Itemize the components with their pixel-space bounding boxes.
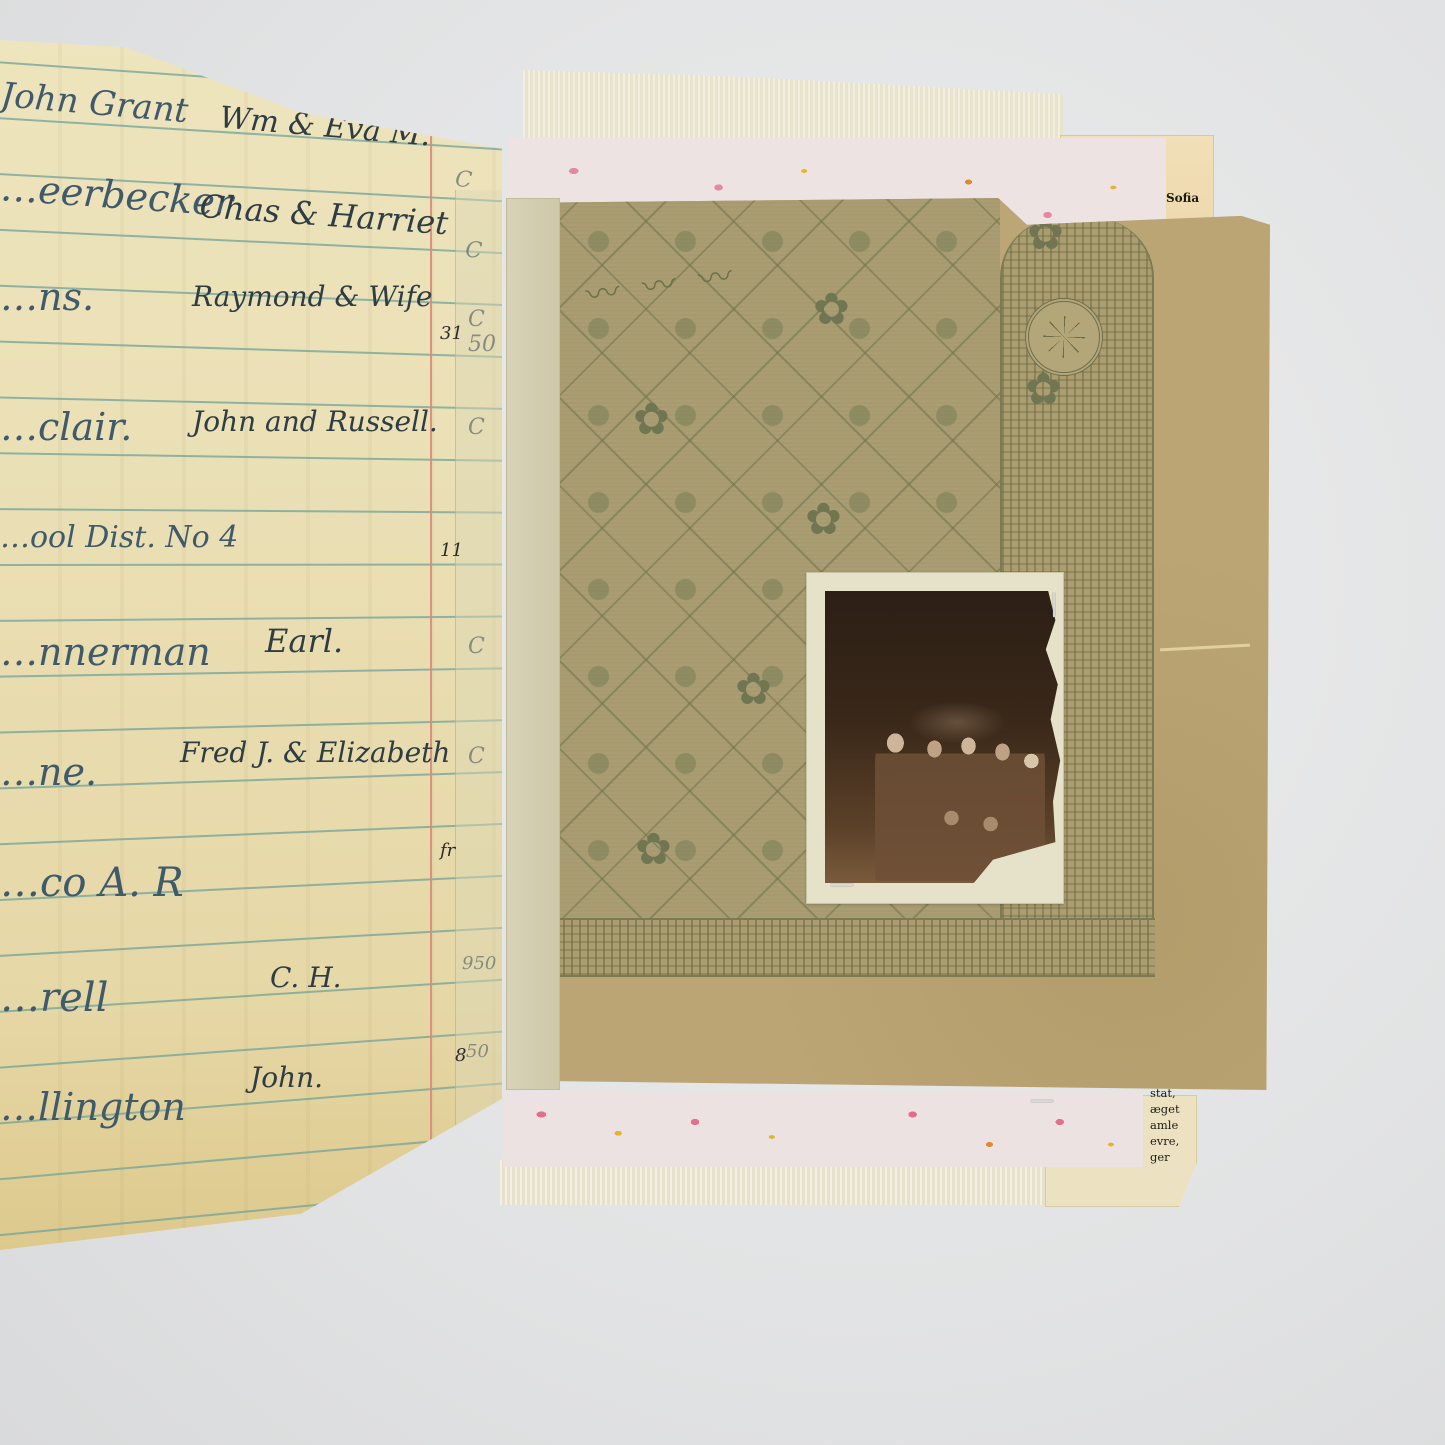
petal-paper-bottom xyxy=(503,1092,1143,1167)
ledger-row: …llington John. 8 50 xyxy=(0,1085,470,1145)
masking-tape-strip xyxy=(506,198,560,1090)
flower-icon: ✿ xyxy=(805,498,842,542)
flower-icon: ✿ xyxy=(735,668,772,712)
ledger-given-name: Earl. xyxy=(265,622,343,660)
ledger-tick: C 50 xyxy=(468,307,496,357)
ledger-tick: C xyxy=(464,238,483,264)
book-text-line: æget xyxy=(1150,1101,1200,1117)
ledger-amount: 11 xyxy=(440,540,463,561)
card-tear xyxy=(1160,644,1250,652)
ledger-given-name: C. H. xyxy=(270,961,342,994)
ledger-surname: …rell xyxy=(0,975,108,1021)
ledger-surname: …co A. R xyxy=(0,860,184,906)
flower-icon: ✿ xyxy=(633,398,670,442)
ledger-surname: …llington xyxy=(0,1085,186,1129)
staple xyxy=(1031,1100,1053,1102)
sofia-label: Sofia xyxy=(1166,191,1199,205)
ledger-given-name: John and Russell. xyxy=(192,405,438,438)
ledger-surname: …clair. xyxy=(0,405,132,449)
ledger-surname: …nnerman xyxy=(0,630,211,674)
ledger-tick: C xyxy=(468,744,485,769)
ledger-rule xyxy=(0,822,502,846)
staple xyxy=(1053,593,1055,617)
ledger-surname: …ns. xyxy=(0,275,94,319)
photo-figures xyxy=(875,731,1045,881)
ledger-row: …nnerman Earl. C xyxy=(0,630,470,690)
ledger-amount: 31 xyxy=(440,323,463,344)
ledger-given-name: John. xyxy=(250,1061,323,1094)
flower-icon: ✿ xyxy=(635,828,672,872)
ledger-tick: C xyxy=(468,634,485,659)
ledger-amount: 8 xyxy=(455,1045,466,1066)
ledger-given-name: Fred J. & Elizabeth xyxy=(180,736,450,769)
photo-mount xyxy=(806,572,1064,904)
staple xyxy=(831,884,853,886)
flower-icon: ✿ xyxy=(1025,368,1062,412)
ledger-given-name: Chas & Harriet xyxy=(198,187,449,242)
ledger-rule xyxy=(0,508,502,514)
book-text-line: ger xyxy=(1150,1149,1200,1165)
book-text-line: evre, xyxy=(1150,1133,1200,1149)
ledger-row: …co A. R fr xyxy=(0,860,470,920)
ornate-frame-bottom xyxy=(555,918,1155,977)
ledger-row: …ne. Fred J. & Elizabeth C xyxy=(0,750,470,810)
ledger-tick: 950 xyxy=(462,953,496,974)
ledger-amount: fr xyxy=(440,840,455,861)
ledger-page: John Grant Wm & Eva M. C …eerbecker Chas… xyxy=(0,40,502,1250)
ledger-rule xyxy=(0,615,502,622)
ledger-row: …ool Dist. No 4 11 xyxy=(0,520,470,580)
book-text-fragment: stat, æget amle evre, ger xyxy=(1150,1085,1200,1165)
ledger-row: …clair. John and Russell. C xyxy=(0,405,470,465)
ledger-rule xyxy=(0,925,502,958)
ledger-given-name: Raymond & Wife xyxy=(192,280,433,313)
ledger-surname: …ool Dist. No 4 xyxy=(0,520,238,555)
ledger-tick: C xyxy=(468,415,485,440)
flower-icon: ✿ xyxy=(813,288,850,332)
ledger-surname: …ne. xyxy=(0,750,97,794)
ledger-rule xyxy=(0,340,502,359)
ledger-tick: 50 xyxy=(466,1041,489,1062)
ledger-tick: C xyxy=(454,167,473,193)
ledger-row: …rell C. H. 950 xyxy=(0,975,470,1035)
ledger-row: …ns. Raymond & Wife 31 C 50 xyxy=(0,275,470,335)
book-text-line: amle xyxy=(1150,1117,1200,1133)
ledger-rule xyxy=(0,718,502,734)
vintage-group-photo xyxy=(825,591,1065,883)
